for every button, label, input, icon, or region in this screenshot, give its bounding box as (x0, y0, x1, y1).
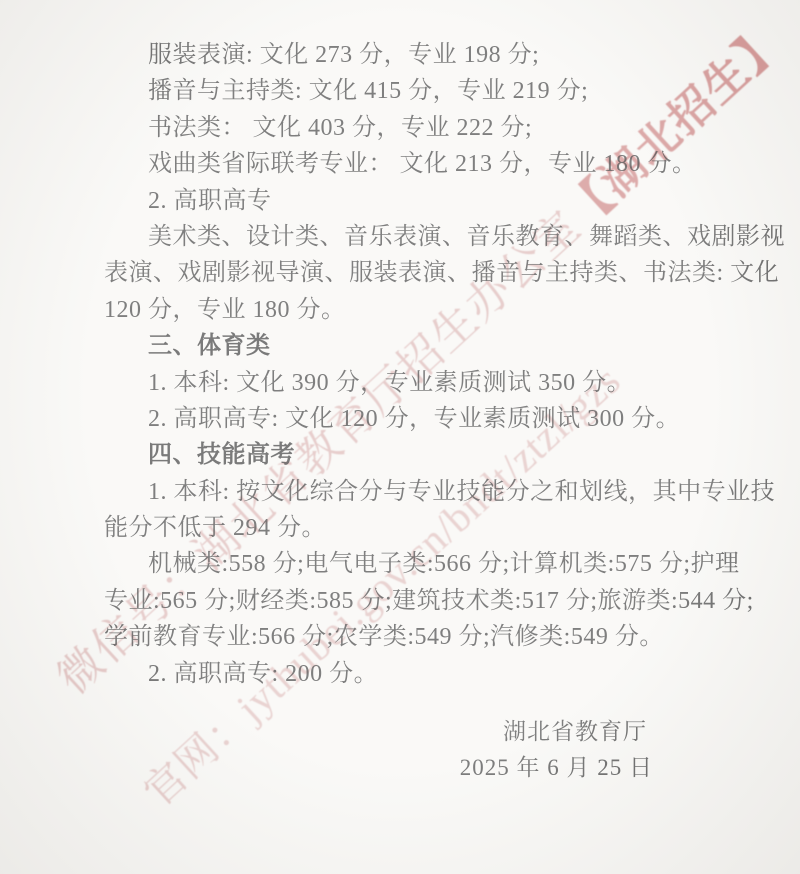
document-line: 机械类:558 分;电气电子类:566 分;计算机类:575 分;护理 (104, 546, 800, 582)
document-line: 120 分，专业 180 分。 (104, 292, 800, 328)
document-line: 1. 本科: 按文化综合分与专业技能分之和划线，其中专业技 (104, 474, 800, 510)
document-line: 专业:565 分;财经类:585 分;建筑技术类:517 分;旅游类:544 分… (104, 583, 800, 619)
document-line: 能分不低于 294 分。 (104, 510, 800, 546)
scanned-notice-page: 服装表演: 文化 273 分，专业 198 分; 播音与主持类: 文化 415 … (0, 0, 800, 874)
signature-block: 湖北省教育厅 2025 年 6 月 25 日 (0, 714, 800, 786)
document-line: 表演、戏剧影视导演、服装表演、播音与主持类、书法类: 文化 (104, 255, 800, 291)
document-line: 播音与主持类: 文化 415 分，专业 219 分; (104, 73, 800, 109)
document-line: 学前教育专业:566 分;农学类:549 分;汽修类:549 分。 (104, 619, 800, 655)
document-line: 2. 高职高专: 200 分。 (104, 656, 800, 692)
section-heading-sports: 三、体育类 (104, 328, 800, 364)
issuer-name: 湖北省教育厅 (0, 714, 800, 750)
document-line: 2. 高职高专 (104, 183, 800, 219)
section-heading-skills-exam: 四、技能高考 (104, 437, 800, 473)
issue-date: 2025 年 6 月 25 日 (0, 750, 800, 786)
document-line: 美术类、设计类、音乐表演、音乐教育、舞蹈类、戏剧影视 (104, 219, 800, 255)
notice-body: 服装表演: 文化 273 分，专业 198 分; 播音与主持类: 文化 415 … (104, 37, 800, 692)
document-line: 服装表演: 文化 273 分，专业 198 分; (104, 37, 800, 73)
document-line: 书法类： 文化 403 分，专业 222 分; (104, 110, 800, 146)
document-line: 1. 本科: 文化 390 分，专业素质测试 350 分。 (104, 365, 800, 401)
document-line: 戏曲类省际联考专业： 文化 213 分，专业 180 分。 (104, 146, 800, 182)
document-line: 2. 高职高专: 文化 120 分，专业素质测试 300 分。 (104, 401, 800, 437)
